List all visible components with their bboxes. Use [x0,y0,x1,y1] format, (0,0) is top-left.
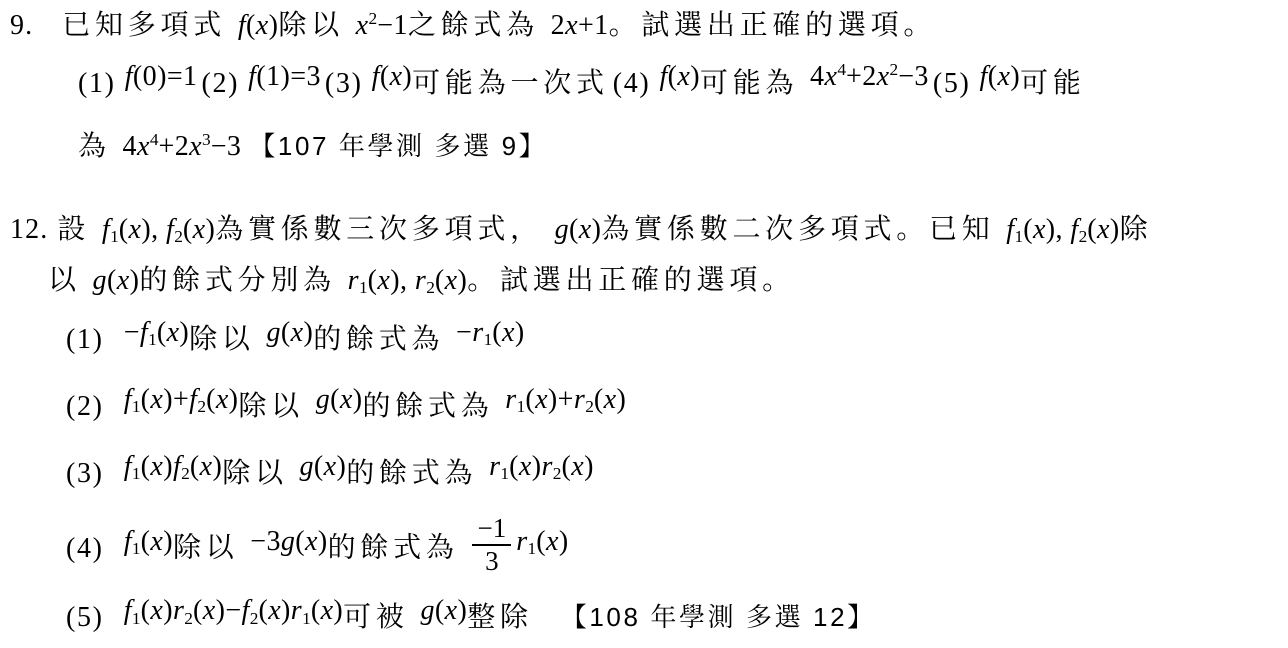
chinese-text: 除以 [189,324,266,355]
math-expression: (x) [594,384,626,415]
math-expression: f(x) [238,10,279,41]
option-marker: (4) [66,533,104,564]
math-expression: 4x [810,61,837,92]
math-expression: (x), r [368,265,427,296]
math-expression: f(1)=3 [248,61,321,92]
chinese-text: 整除 [467,602,533,633]
question-12-option-2: (2)f1(x)+f2(x)除以 g(x)的餘式為 r1(x)+r2(x) [66,385,1278,432]
math-expression: f [124,595,132,626]
option-marker: (3) [325,68,363,99]
question-12-option-3: (3)f1(x)f2(x)除以 g(x)的餘式為 r1(x)r2(x) [66,452,1278,499]
question-9-continuation: 為 4x4+2x3−3【107 年學測 多選 9】 [78,126,1278,170]
math-expression: g(x) [420,595,467,626]
math-expression: (x) [157,317,189,348]
math-expression: (x)r [509,451,553,482]
subscript: 1 [132,397,141,416]
chinese-text: 。試選出正確的選項。 [609,10,937,41]
math-expression: (x)r [141,595,185,626]
math-expression: 4x [123,131,150,162]
math-expression: (x)f [141,451,182,482]
option-marker: (1) [66,324,104,355]
source-citation: 【107 年學測 多選 9】 [249,131,547,161]
math-expression: (x) [190,451,222,482]
option-marker: (1) [78,68,116,99]
question-9-options: (1)f(0)=1(2)f(1)=3(3)f(x)可能為一次式(4)f(x)可能… [74,61,1278,110]
fraction: −13 [472,514,511,576]
chinese-text: 設 [57,214,102,245]
chinese-text: 可能為一次式 [412,68,609,99]
math-expression: f [102,214,110,245]
chinese-text: 以 [48,265,93,296]
superscript: 4 [837,60,846,79]
question-9-intro: 9.已知多項式 f(x)除以 x2−1之餘式為 2x+1。試選出正確的選項。 [10,6,1278,49]
chinese-text: 除以 [278,10,355,41]
math-expression: −1 [377,10,408,41]
subscript: 2 [197,397,206,416]
source-citation: 【108 年學測 多選 12】 [561,602,876,632]
math-expression: (x) [311,595,343,626]
option-marker: (3) [66,458,104,489]
math-expression: −3 [898,61,929,92]
math-expression: +2x [846,61,890,92]
subscript: 1 [517,397,526,416]
math-expression: (x) [141,526,173,557]
superscript: 2 [369,9,378,28]
math-expression: g(x) [93,265,140,296]
subscript: 1 [359,278,368,297]
subscript: 2 [174,227,183,246]
chinese-text: 。試選出正確的選項。 [467,265,795,296]
math-expression: f(x) [980,61,1021,92]
math-expression: +2x [159,131,203,162]
math-expression: f [124,451,132,482]
subscript: 2 [426,278,435,297]
chinese-text: 除 [1120,214,1153,245]
chinese-text: 除以 [173,533,250,564]
math-expression: f [124,526,132,557]
chinese-text: 的餘式分別為 [139,265,347,296]
math-expression: (x) [492,317,524,348]
question-12-intro-line-2: 以 g(x)的餘式分別為 r1(x), r2(x)。試選出正確的選項。 [48,261,1278,304]
option-marker: (5) [66,602,104,633]
math-expression: (x) [206,384,238,415]
chinese-text: 除以 [238,391,315,422]
math-expression: (x)+f [141,384,198,415]
math-expression: (x) [1087,214,1119,245]
math-expression: (x)−f [193,595,250,626]
math-expression: (x), f [1023,214,1078,245]
math-expression: g(x) [266,317,313,348]
fraction-numerator: −1 [472,514,511,546]
math-expression: (x) [561,451,593,482]
math-expression: 2x+1 [551,10,609,41]
math-expression: r [505,384,516,415]
option-marker: (5) [933,68,971,99]
question-number: 9. [10,10,33,41]
subscript: 1 [500,464,509,483]
chinese-text: 的餘式為 [313,324,456,355]
option-marker: (2) [66,391,104,422]
math-expression: f [1006,214,1014,245]
subscript: 1 [110,227,119,246]
subscript: 1 [148,330,157,349]
chinese-text: 的餘式為 [346,458,489,489]
math-expression: (x), f [119,214,174,245]
math-expression: (x) [183,214,215,245]
math-expression: r [489,451,500,482]
question-12-option-4: (4)f1(x)除以 −3g(x)的餘式為 −13r1(x) [66,519,1278,581]
math-expression: r [348,265,359,296]
superscript: 3 [202,130,211,149]
subscript: 2 [585,397,594,416]
question-number: 12. [10,214,48,245]
subscript: 1 [1015,227,1024,246]
chinese-text: 的餘式為 [362,391,505,422]
math-expression: f [124,384,132,415]
option-marker: (2) [201,68,239,99]
chinese-text: 可被 [343,602,420,633]
chinese-text: 為 [78,131,123,162]
math-expression: g(x) [555,214,602,245]
math-expression: −f [124,317,148,348]
math-expression: −3 [211,131,242,162]
math-expression: (x) [536,526,568,557]
question-12-option-1: (1)−f1(x)除以 g(x)的餘式為 −r1(x) [66,318,1278,365]
question-12-option-5: (5)f1(x)r2(x)−f2(x)r1(x)可被 g(x)整除【108 年學… [66,595,1278,643]
math-expression: r [516,526,527,557]
math-expression: f(x) [659,61,700,92]
fraction-denominator: 3 [472,546,511,576]
superscript: 4 [150,130,159,149]
math-expression: g(x) [316,384,363,415]
subscript: 2 [181,464,190,483]
chinese-text: 除以 [222,458,299,489]
subscript: 1 [484,330,493,349]
chinese-text: 為實係數三次多項式， [215,214,554,245]
math-expression: (x) [435,265,467,296]
subscript: 1 [302,609,311,628]
subscript: 1 [132,539,141,558]
chinese-text: 已知多項式 [62,10,238,41]
subscript: 1 [132,609,141,628]
option-marker: (4) [613,68,651,99]
superscript: 2 [890,60,899,79]
subscript: 1 [132,464,141,483]
chinese-text: 可能 [1020,68,1086,99]
math-expression: (x)r [258,595,302,626]
math-expression: −3g(x) [250,526,327,557]
chinese-text: 的餘式為 [328,533,471,564]
math-expression: x [356,10,369,41]
subscript: 2 [1079,227,1088,246]
question-12-intro-line-1: 12.設 f1(x), f2(x)為實係數三次多項式， g(x)為實係數二次多項… [10,210,1278,253]
math-expression: −r [456,317,484,348]
math-expression: (x)+r [525,384,585,415]
math-expression: f(0)=1 [125,61,198,92]
chinese-text: 為實係數二次多項式。已知 [601,214,1006,245]
chinese-text: 之餘式為 [408,10,551,41]
math-expression: g(x) [299,451,346,482]
chinese-text: 可能為 [700,68,810,99]
subscript: 1 [528,539,537,558]
math-expression: f(x) [372,61,413,92]
subscript: 2 [184,609,193,628]
document-page: 9.已知多項式 f(x)除以 x2−1之餘式為 2x+1。試選出正確的選項。(1… [0,0,1288,643]
